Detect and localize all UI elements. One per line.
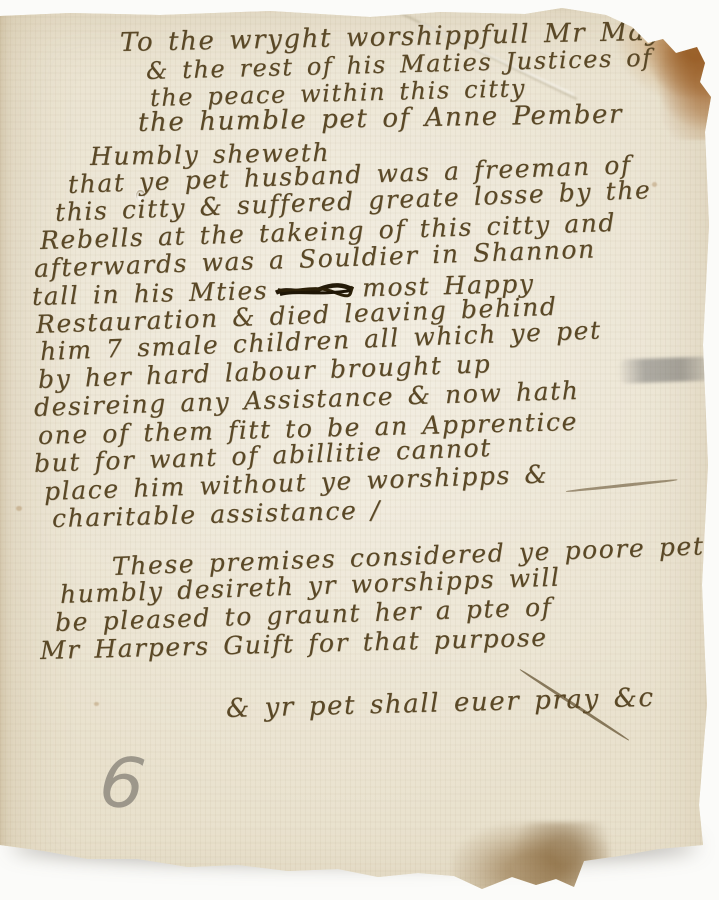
- stain-bottom-edge: [452, 822, 610, 898]
- pen-flourish: [566, 478, 678, 492]
- foxing-spot: [652, 182, 657, 187]
- manuscript-line: & yr pet shall euer pray &c: [226, 683, 655, 724]
- pencil-number: 6: [95, 740, 149, 827]
- foxing-spot: [94, 702, 99, 706]
- smudge-erasure: [618, 356, 713, 383]
- paper-sheet: To the wryght worshippfull Mr Mayor & th…: [0, 0, 719, 900]
- foxing-spot: [16, 506, 22, 511]
- scanned-document-photo: To the wryght worshippfull Mr Mayor & th…: [0, 0, 719, 900]
